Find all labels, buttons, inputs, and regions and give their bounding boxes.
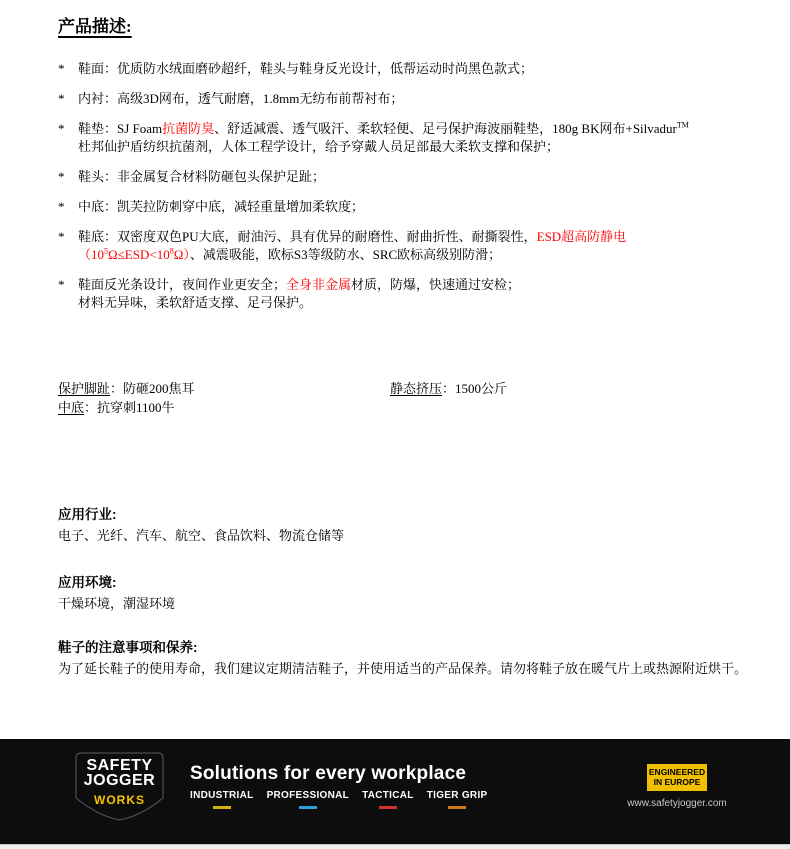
care-heading: 鞋子的注意事项和保养:	[58, 636, 764, 656]
logo-works-label: WORKS	[75, 793, 164, 807]
brand-underline	[379, 806, 397, 809]
feature-item-lining: * 内衬：高级3D网布，透气耐磨，1.8mm无纺布前帮衬布；	[58, 90, 764, 108]
bullet-marker: *	[58, 120, 78, 156]
bullet-marker: *	[58, 276, 78, 312]
brand-underline	[213, 806, 231, 809]
brand-label: INDUSTRIAL	[190, 790, 254, 801]
text-segment: 鞋底：双密度双色PU大底，耐油污、具有优异的耐磨性、耐曲折性、耐撕裂性，	[78, 229, 537, 244]
brand-label: TACTICAL	[362, 790, 414, 801]
feature-text: 鞋垫：SJ Foam抗菌防臭、舒适减震、透气吸汗、柔软轻便、足弓保护海波丽鞋垫，…	[78, 120, 764, 156]
brand-label: TIGER GRIP	[427, 790, 488, 801]
brand-label: PROFESSIONAL	[267, 790, 350, 801]
logo-line-jogger: JOGGER	[75, 773, 164, 788]
bullet-marker: *	[58, 228, 78, 264]
feature-item-midsole: * 中底：凯芙拉防刺穿中底，减轻重量增加柔软度；	[58, 198, 764, 216]
spec-row: 保护脚趾：防砸200焦耳 静态挤压：1500公斤	[58, 379, 764, 398]
feature-item-insole: * 鞋垫：SJ Foam抗菌防臭、舒适减震、透气吸汗、柔软轻便、足弓保护海波丽鞋…	[58, 120, 764, 156]
badge-line: ENGINEERED	[647, 767, 707, 777]
text-segment: 材质，防爆，快速通过安检；	[351, 277, 520, 292]
spec-label: 保护脚趾	[58, 381, 110, 396]
text-segment: Ω≤ESD<10	[108, 247, 170, 262]
badge-line: IN EUROPE	[647, 777, 707, 787]
text-segment: Ω）	[174, 247, 190, 262]
text-segment: 杜邦仙护盾纺织抗菌剂，人体工程学设计，给予穿戴人员足部最大柔软支撑和保护；	[78, 139, 559, 154]
highlighted-text: ESD超高防静电	[537, 229, 627, 244]
industries-body: 电子、光纤、汽车、航空、食品饮料、物流仓储等	[58, 527, 764, 545]
safety-jogger-logo: SAFETY JOGGER WORKS	[75, 752, 164, 823]
spec-colon: ：	[84, 400, 97, 415]
spec-label: 静态挤压	[390, 381, 442, 396]
feature-item-outsole: * 鞋底：双密度双色PU大底，耐油污、具有优异的耐磨性、耐曲折性、耐撕裂性，ES…	[58, 228, 764, 264]
feature-item-toecap: * 鞋头：非金属复合材料防砸包头保护足趾；	[58, 168, 764, 186]
spec-colon: ：	[442, 381, 455, 396]
logo-line-safety: SAFETY	[75, 758, 164, 773]
spec-value: 抗穿刺1100牛	[97, 400, 175, 415]
trademark-superscript: TM	[677, 121, 689, 130]
product-description-page: 产品描述: * 鞋面：优质防水绒面磨砂超纤，鞋头与鞋身反光设计，低帮运动时尚黑色…	[0, 0, 790, 849]
text-segment: 材料无异味，柔软舒适支撑、足弓保护。	[78, 295, 312, 310]
feature-text: 鞋头：非金属复合材料防砸包头保护足趾；	[78, 168, 764, 186]
care-body: 为了延长鞋子的使用寿命，我们建议定期清洁鞋子，并使用适当的产品保养。请勿将鞋子放…	[58, 660, 764, 678]
spec-midsole: 中底：抗穿刺1100牛	[58, 398, 390, 417]
bullet-marker: *	[58, 198, 78, 216]
spec-row: 中底：抗穿刺1100牛	[58, 398, 764, 417]
highlighted-text: 全身非金属	[286, 277, 351, 292]
spec-colon: ：	[110, 381, 123, 396]
text-segment: 鞋面反光条设计，夜间作业更安全；	[78, 277, 286, 292]
spec-label: 中底	[58, 400, 84, 415]
page-title: 产品描述:	[58, 12, 132, 37]
brand-tiger-grip: TIGER GRIP	[427, 790, 488, 809]
engineered-in-europe-badge: ENGINEERED IN EUROPE	[647, 764, 707, 791]
brand-underline	[299, 806, 317, 809]
brand-industrial: INDUSTRIAL	[190, 790, 254, 809]
spec-toe-protection: 保护脚趾：防砸200焦耳	[58, 379, 390, 398]
feature-text: 鞋面反光条设计，夜间作业更安全；全身非金属材质，防爆，快速通过安检；材料无异味，…	[78, 276, 764, 312]
bullet-marker: *	[58, 60, 78, 78]
environments-section: 应用环境: 干燥环境，潮湿环境	[58, 571, 764, 613]
spec-static-compression: 静态挤压：1500公斤	[390, 379, 507, 398]
text-segment: 、减震吸能，欧标S3等级防水、SRC欧标高级别防滑；	[190, 247, 501, 262]
logo-wordmark: SAFETY JOGGER	[75, 758, 164, 788]
text-segment: 鞋垫：SJ Foam	[78, 121, 162, 136]
highlighted-text: （105Ω≤ESD<108Ω）	[78, 247, 190, 262]
brand-list: INDUSTRIAL PROFESSIONAL TACTICAL TIGER G…	[190, 790, 488, 809]
industries-section: 应用行业: 电子、光纤、汽车、航空、食品饮料、物流仓储等	[58, 503, 764, 545]
brand-professional: PROFESSIONAL	[267, 790, 350, 809]
bullet-marker: *	[58, 90, 78, 108]
feature-text: 鞋底：双密度双色PU大底，耐油污、具有优异的耐磨性、耐曲折性、耐撕裂性，ESD超…	[78, 228, 764, 264]
brand-tactical: TACTICAL	[362, 790, 414, 809]
text-segment: 、舒适减震、透气吸汗、柔软轻便、足弓保护海波丽鞋垫，180g BK网布+Silv…	[214, 121, 677, 136]
brand-underline	[448, 806, 466, 809]
feature-item-reflective: * 鞋面反光条设计，夜间作业更安全；全身非金属材质，防爆，快速通过安检；材料无异…	[58, 276, 764, 312]
care-section: 鞋子的注意事项和保养: 为了延长鞋子的使用寿命，我们建议定期清洁鞋子，并使用适当…	[58, 636, 764, 678]
feature-list: * 鞋面：优质防水绒面磨砂超纤，鞋头与鞋身反光设计，低帮运动时尚黑色款式； * …	[58, 60, 764, 324]
feature-text: 中底：凯芙拉防刺穿中底，减轻重量增加柔软度；	[78, 198, 764, 216]
feature-text: 内衬：高级3D网布，透气耐磨，1.8mm无纺布前帮衬布；	[78, 90, 764, 108]
feature-text: 鞋面：优质防水绒面磨砂超纤，鞋头与鞋身反光设计，低帮运动时尚黑色款式；	[78, 60, 764, 78]
industries-heading: 应用行业:	[58, 503, 764, 523]
spec-table: 保护脚趾：防砸200焦耳 静态挤压：1500公斤 中底：抗穿刺1100牛	[58, 379, 764, 417]
text-segment: （10	[78, 247, 104, 262]
spec-value: 1500公斤	[455, 381, 507, 396]
bullet-marker: *	[58, 168, 78, 186]
environments-heading: 应用环境:	[58, 571, 764, 591]
spec-value: 防砸200焦耳	[123, 381, 195, 396]
footer-tagline: Solutions for every workplace	[190, 763, 466, 785]
website-url: www.safetyjogger.com	[627, 798, 727, 809]
highlighted-text: 抗菌防臭	[162, 121, 214, 136]
footer: SAFETY JOGGER WORKS Solutions for every …	[0, 739, 790, 844]
environments-body: 干燥环境，潮湿环境	[58, 595, 764, 613]
feature-item-upper: * 鞋面：优质防水绒面磨砂超纤，鞋头与鞋身反光设计，低帮运动时尚黑色款式；	[58, 60, 764, 78]
page-bottom-divider	[0, 844, 790, 849]
